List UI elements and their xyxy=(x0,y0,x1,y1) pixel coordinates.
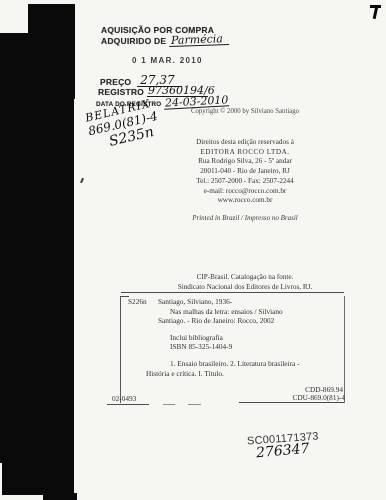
cip-bottom-rule-left xyxy=(107,404,149,405)
cip-entry-code: S226n xyxy=(128,297,147,306)
cip-note-bibliography: Inclui bibliografia xyxy=(170,333,223,342)
cip-entry-author: Santiago, Silviano, 1936- xyxy=(158,297,232,306)
cip-header-line2: Sindicato Nacional dos Editores de Livro… xyxy=(143,283,347,293)
publisher-phone-fax: Tel.: 2507-2000 - Fax: 2507-2244 xyxy=(180,177,310,187)
scan-speck xyxy=(80,178,84,183)
acquired-from-handwritten: Parmécia xyxy=(169,33,229,47)
cip-header-line1: CIP-Brasil. Catalogação na fonte. xyxy=(143,273,347,283)
cip-entry-title: Nas malhas da letra: ensaios / Silviano xyxy=(170,307,283,316)
cip-header: CIP-Brasil. Catalogação na fonte. Sindic… xyxy=(143,273,347,292)
copyright-line: Copyright © 2000 by Silviano Santiago xyxy=(180,108,310,115)
cip-subject-line2: História e crítica. I. Título. xyxy=(146,369,224,378)
publisher-name: EDITORA ROCCO LTDA. xyxy=(180,148,310,158)
cip-box-right-bracket xyxy=(344,296,345,403)
handwritten-accession-number: 276347 xyxy=(255,442,309,461)
date-received-stamp: 0 1 MAR. 2010 xyxy=(132,56,203,65)
printed-in-brazil-line: Printed in Brazil / Impresso no Brasil xyxy=(180,214,310,222)
publisher-website: www.rocco.com.br xyxy=(180,196,310,206)
cip-box-left-bracket xyxy=(120,296,121,403)
cip-subject-line1: 1. Ensaio brasileiro. 2. Literatura bras… xyxy=(170,359,299,368)
publisher-city: 20011-040 - Rio de Janeiro, RJ xyxy=(180,167,310,177)
cip-record-number: 02-0493 xyxy=(112,394,136,403)
scanned-book-copyright-page: AQUISIÇÃO POR COMPRA ADQUIRIDO DE Parméc… xyxy=(0,0,386,500)
publisher-email: e-mail: rocco@rocco.com.br xyxy=(180,187,310,197)
scan-artifact-bottom-stub xyxy=(43,493,77,500)
cip-cdu-number: CDU-869.0(81)-4 xyxy=(293,393,346,402)
scan-artifact-top-left-block xyxy=(28,4,75,99)
cip-entry-imprint: Santiago. - Rio de Janeiro: Rocco, 2002 xyxy=(158,316,274,325)
cip-header-rule xyxy=(121,292,344,293)
publisher-block: Direitos desta edição reservados à EDITO… xyxy=(180,138,310,206)
publisher-street: Rua Rodrigo Silva, 26 - 5º andar xyxy=(180,157,310,167)
cip-bottom-dash-1 xyxy=(163,404,175,405)
publisher-rights-line: Direitos desta edição reservados à xyxy=(180,138,310,148)
acquired-from-label: ADQUIRIDO DE xyxy=(101,36,166,46)
cip-bottom-dash-2 xyxy=(188,404,201,405)
cip-isbn: ISBN 85-325-1404-9 xyxy=(170,342,232,351)
cip-bottom-rule-right xyxy=(239,402,344,403)
scan-artifact-left-band xyxy=(2,96,74,495)
